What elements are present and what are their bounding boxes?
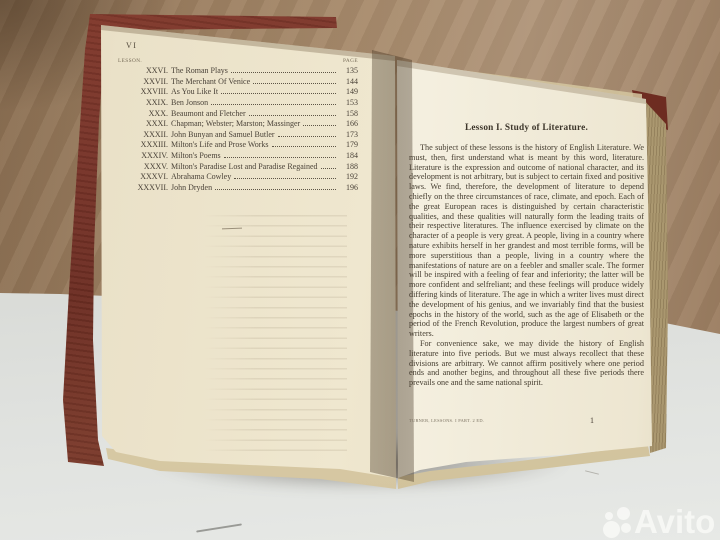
toc-row: XXXII. John Bunyan and Samuel Butler 173 xyxy=(118,130,358,141)
toc-lesson-title: Milton's Life and Prose Works xyxy=(171,140,269,149)
avito-watermark-text: Avito xyxy=(634,503,715,540)
printed-divider-dash xyxy=(222,228,242,230)
toc-lesson-title: Milton's Poems xyxy=(171,151,221,160)
left-page-folio: VI xyxy=(126,41,137,50)
toc-lesson-numeral: XXXVI. xyxy=(118,172,171,181)
toc-row: XXXVII. John Dryden 196 xyxy=(118,183,358,194)
toc-page-number: 158 xyxy=(338,109,358,118)
toc-lesson-numeral: XXXI. xyxy=(118,119,171,128)
toc-header-row: LESSON. PAGE xyxy=(118,58,358,64)
toc-lesson-numeral: XXX. xyxy=(118,109,171,118)
left-page-content: VI LESSON. PAGE XXVI. The Roman Plays 13… xyxy=(102,26,396,460)
toc-page-number: 192 xyxy=(338,172,358,181)
toc-dot-leader xyxy=(224,157,336,158)
right-page-content: Lesson I. Study of Literature. The subje… xyxy=(398,60,650,480)
toc-dot-leader xyxy=(278,136,336,137)
toc-lesson-numeral: XXXV. xyxy=(118,162,171,171)
toc-row: XXXVI. Abrahama Cowley 192 xyxy=(118,172,358,183)
body-paragraph: For convenience sake, we may divide the … xyxy=(409,339,644,388)
toc-lesson-title: Abrahama Cowley xyxy=(171,172,231,181)
toc-lesson-title: The Roman Plays xyxy=(171,66,228,75)
toc-lesson-numeral: XXVIII. xyxy=(118,87,171,96)
toc-page-number: 188 xyxy=(338,162,358,171)
toc-dot-leader xyxy=(234,178,336,179)
toc-lesson-numeral: XXVI. xyxy=(118,66,171,75)
toc-dot-leader xyxy=(303,125,336,126)
table-of-contents: LESSON. PAGE XXVI. The Roman Plays 135 X… xyxy=(118,58,358,194)
toc-header-lesson: LESSON. xyxy=(118,58,142,64)
toc-lesson-title: Beaumont and Fletcher xyxy=(171,109,246,118)
toc-dot-leader xyxy=(215,189,336,190)
toc-lesson-numeral: XXXVII. xyxy=(118,183,171,192)
toc-dot-leader xyxy=(249,115,336,116)
toc-page-number: 184 xyxy=(338,151,358,160)
toc-lesson-title: Milton's Paradise Lost and Paradise Rega… xyxy=(171,162,318,171)
lesson-heading: Lesson I. Study of Literature. xyxy=(409,123,644,133)
toc-row: XXVIII. As You Like It 149 xyxy=(118,87,358,98)
printer-signature-line: TURNER, LESSONS. I PART. 2 ED. xyxy=(409,418,484,423)
toc-page-number: 153 xyxy=(338,98,358,107)
toc-page-number: 149 xyxy=(338,87,358,96)
toc-page-number: 173 xyxy=(338,130,358,139)
right-page-folio: 1 xyxy=(590,416,594,425)
toc-row: XXX. Beaumont and Fletcher 158 xyxy=(118,109,358,120)
toc-lesson-numeral: XXXIV. xyxy=(118,151,171,160)
toc-dot-leader xyxy=(253,83,336,84)
toc-lesson-title: John Bunyan and Samuel Butler xyxy=(171,130,275,139)
toc-page-number: 144 xyxy=(338,77,358,86)
avito-watermark: Avito xyxy=(596,503,720,540)
toc-row: XXXIV. Milton's Poems 184 xyxy=(118,151,358,162)
toc-row: XXVI. The Roman Plays 135 xyxy=(118,66,358,77)
toc-row: XXVII. The Merchant Of Venice 144 xyxy=(118,77,358,88)
toc-dot-leader xyxy=(221,93,336,94)
toc-dot-leader xyxy=(211,104,336,105)
avito-logo-icon xyxy=(598,507,634,539)
toc-row: XXXV. Milton's Paradise Lost and Paradis… xyxy=(118,162,358,173)
toc-lesson-title: John Dryden xyxy=(171,183,212,192)
toc-lesson-title: Chapman; Webster; Marston; Massinger xyxy=(171,119,300,128)
toc-dot-leader xyxy=(231,72,336,73)
toc-page-number: 179 xyxy=(338,140,358,149)
toc-lesson-numeral: XXVII. xyxy=(118,77,171,86)
toc-page-number: 166 xyxy=(338,119,358,128)
toc-lesson-numeral: XXXII. xyxy=(118,130,171,139)
toc-lesson-numeral: XXIX. xyxy=(118,98,171,107)
toc-row: XXXI. Chapman; Webster; Marston; Massing… xyxy=(118,119,358,130)
photo-scene: VI LESSON. PAGE XXVI. The Roman Plays 13… xyxy=(0,0,720,540)
toc-page-number: 135 xyxy=(338,66,358,75)
toc-dot-leader xyxy=(272,146,336,147)
toc-lesson-title: Ben Jonson xyxy=(171,98,208,107)
lesson-body-text: The subject of these lessons is the hist… xyxy=(409,143,644,388)
toc-page-number: 196 xyxy=(338,183,358,192)
toc-dot-leader xyxy=(321,168,336,169)
body-paragraph: The subject of these lessons is the hist… xyxy=(409,143,644,339)
toc-header-page: PAGE xyxy=(343,58,358,64)
toc-lesson-title: As You Like It xyxy=(171,87,218,96)
right-page-footer: TURNER, LESSONS. I PART. 2 ED. 1 xyxy=(409,416,644,428)
toc-row: XXIX. Ben Jonson 153 xyxy=(118,98,358,109)
toc-row: XXXIII. Milton's Life and Prose Works 17… xyxy=(118,140,358,151)
toc-lesson-numeral: XXXIII. xyxy=(118,140,171,149)
toc-lesson-title: The Merchant Of Venice xyxy=(171,77,250,86)
